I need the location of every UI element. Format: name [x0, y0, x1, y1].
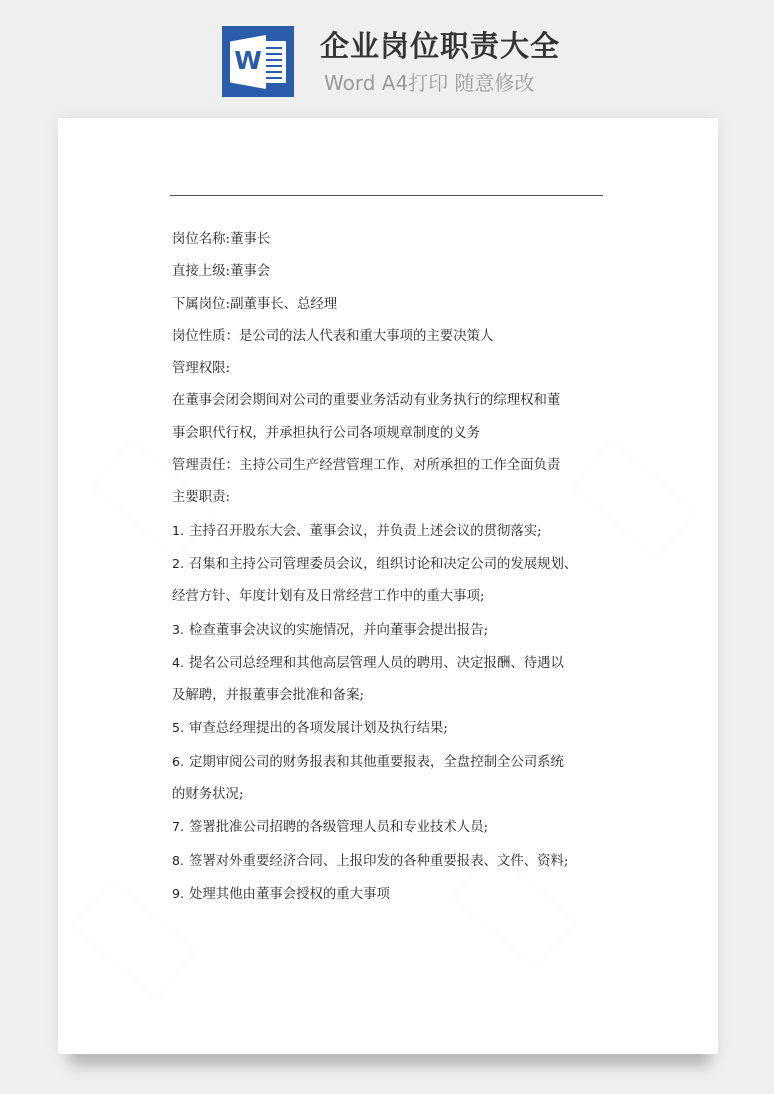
duty-number: 2.: [172, 548, 189, 580]
banner-title: 企业岗位职责大全: [320, 28, 560, 64]
duty-text: 签署对外重要经济合同、上报印发的各种重要报表、文件、资料;: [189, 854, 568, 869]
duty-item-6: 6.定期审阅公司的财务报表和其他重要报表，全盘控制全公司系统: [172, 746, 607, 779]
field-subordinate-positions: 下属岗位:副董事长、总经理: [172, 289, 607, 321]
duty-text: 定期审阅公司的财务报表和其他重要报表，全盘控制全公司系统: [189, 755, 564, 770]
duty-text: 检查董事会决议的实施情况，并向董事会提出报告;: [189, 623, 488, 638]
field-authority-line-1: 在董事会闭会期间对公司的重要业务活动有业务执行的综理权和董: [172, 385, 607, 417]
duty-item-2-cont: 经营方针、年度计划有及日常经营工作中的重大事项;: [172, 581, 607, 613]
word-document-icon: W: [222, 26, 294, 97]
duty-text: 签署批准公司招聘的各级管理人员和专业技术人员;: [189, 820, 488, 835]
banner-subtitle: Word A4打印 随意修改: [324, 70, 535, 96]
duty-number: 8.: [172, 845, 189, 877]
duty-text: 审查总经理提出的各项发展计划及执行结果;: [189, 721, 448, 736]
duty-item-4: 4.提名公司总经理和其他高层管理人员的聘用、决定报酬、待遇以: [172, 647, 607, 680]
duty-item-7: 7.签署批准公司招聘的各级管理人员和专业技术人员;: [172, 811, 607, 844]
document-body: 岗位名称:董事长 直接上级:董事会 下属岗位:副董事长、总经理 岗位性质：是公司…: [172, 224, 607, 911]
header-rule: [170, 195, 603, 196]
word-w-letter: W: [232, 45, 264, 77]
duty-item-5: 5.审查总经理提出的各项发展计划及执行结果;: [172, 712, 607, 745]
duty-text: 召集和主持公司管理委员会议，组织讨论和决定公司的发展规划、: [189, 557, 577, 572]
field-authority-line-2: 事会职代行权，并承担执行公司各项规章制度的义务: [172, 418, 607, 450]
duty-number: 1.: [172, 515, 189, 547]
field-direct-superior: 直接上级:董事会: [172, 256, 607, 288]
duty-item-8: 8.签署对外重要经济合同、上报印发的各种重要报表、文件、资料;: [172, 845, 607, 878]
duty-item-4-cont: 及解聘，并报董事会批准和备案;: [172, 680, 607, 712]
duty-text: 主持召开股东大会、董事会议，并负责上述会议的贯彻落实;: [189, 524, 542, 539]
duty-text: 提名公司总经理和其他高层管理人员的聘用、决定报酬、待遇以: [189, 656, 564, 671]
duty-item-9: 9.处理其他由董事会授权的重大事项: [172, 878, 607, 911]
duty-number: 7.: [172, 811, 189, 843]
document-page: 岗位名称:董事长 直接上级:董事会 下属岗位:副董事长、总经理 岗位性质：是公司…: [58, 118, 718, 1054]
duty-item-6-cont: 的财务状况;: [172, 779, 607, 811]
duty-item-1: 1.主持召开股东大会、董事会议，并负责上述会议的贯彻落实;: [172, 515, 607, 548]
banner-header: W 企业岗位职责大全 Word A4打印 随意修改: [0, 0, 774, 118]
duty-item-2: 2.召集和主持公司管理委员会议，组织讨论和决定公司的发展规划、: [172, 548, 607, 581]
field-position-nature: 岗位性质：是公司的法人代表和重大事项的主要决策人: [172, 321, 607, 353]
field-authority-heading: 管理权限:: [172, 353, 607, 385]
field-duties-heading: 主要职责:: [172, 482, 607, 514]
duty-number: 3.: [172, 614, 189, 646]
duty-number: 5.: [172, 712, 189, 744]
duty-number: 9.: [172, 878, 189, 910]
duty-text: 处理其他由董事会授权的重大事项: [189, 887, 390, 902]
duty-number: 4.: [172, 647, 189, 679]
field-responsibility: 管理责任：主持公司生产经营管理工作，对所承担的工作全面负责: [172, 450, 607, 482]
field-position-name: 岗位名称:董事长: [172, 224, 607, 256]
duty-item-3: 3.检查董事会决议的实施情况，并向董事会提出报告;: [172, 614, 607, 647]
duty-number: 6.: [172, 746, 189, 778]
